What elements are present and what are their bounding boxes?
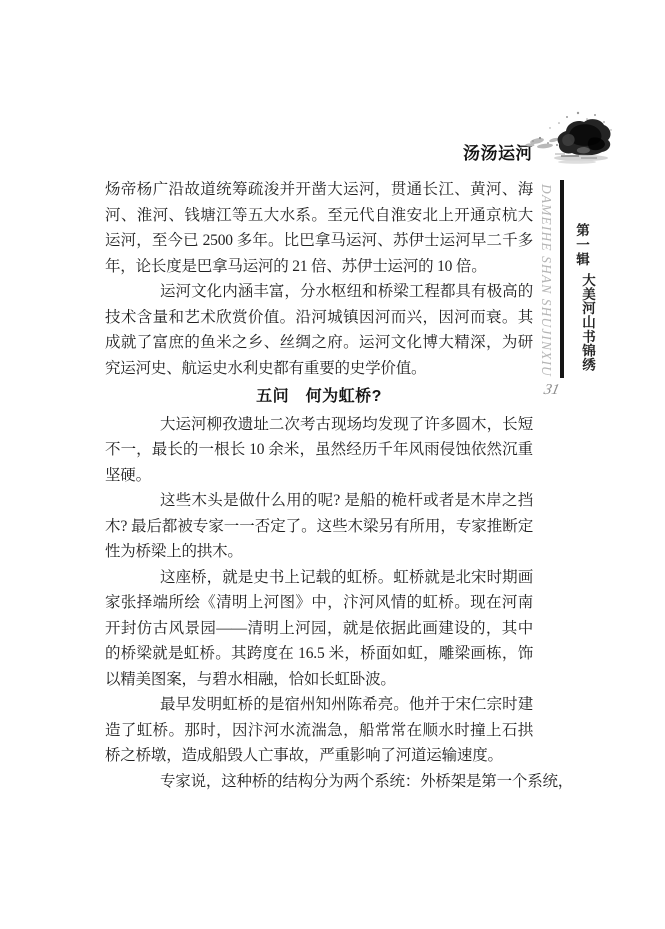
paragraph: 专家说，这种桥的结构分为两个系统：外桥架是第一个系统， <box>105 769 533 795</box>
paragraph: 这座桥，就是史书上记载的虹桥。虹桥就是北宋时期画家张择端所绘《清明上河图》中，汴… <box>105 565 533 693</box>
page-number: 31 <box>542 382 561 399</box>
body-text: 炀帝杨广沿故道统筹疏浚并开凿大运河，贯通长江、黄河、海河、淮河、钱塘江等五大水系… <box>105 177 533 794</box>
paragraph: 大运河柳孜遗址二次考古现场均发现了许多圆木，长短不一，最长的一根长 10 余米，… <box>105 412 533 489</box>
ink-wash-ornament-image <box>521 110 625 174</box>
page-title: 汤汤运河 <box>430 139 533 164</box>
section-heading: 五问 何为虹桥? <box>105 384 533 410</box>
book-page: 汤汤运河 <box>0 0 665 929</box>
paragraph: 运河文化内涵丰富，分水枢纽和桥梁工程都具有极高的技术含量和艺术欣赏价值。沿河城镇… <box>105 279 533 381</box>
volume-label-vertical: 第一辑 <box>571 223 591 267</box>
sidebar-divider-bar <box>560 180 564 378</box>
series-pinyin-vertical: DAMEIHE SHAN SHUJINXIU <box>538 184 554 377</box>
paragraph: 炀帝杨广沿故道统筹疏浚并开凿大运河，贯通长江、黄河、海河、淮河、钱塘江等五大水系… <box>105 177 533 279</box>
paragraph: 这些木头是做什么用的呢? 是船的桅杆或者是木岸之挡木? 最后都被专家一一否定了。… <box>105 488 533 565</box>
paragraph: 最早发明虹桥的是宿州知州陈希亮。他并于宋仁宗时建造了虹桥。那时，因汴河水流湍急，… <box>105 692 533 769</box>
series-title-vertical: 大美河山书锦绣 <box>577 273 597 372</box>
